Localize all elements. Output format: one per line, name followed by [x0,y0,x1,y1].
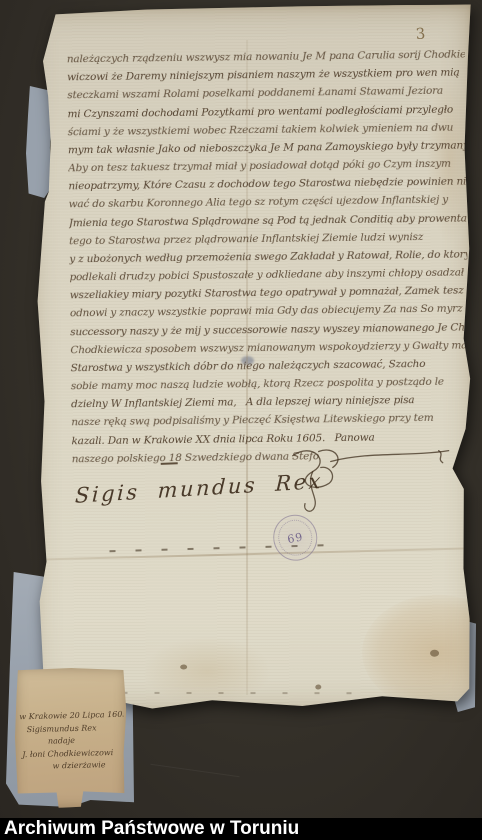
archivist-note-line: w dzierżawie [20,759,124,774]
archivist-note-text: w Krakowie 20 Lipca 1605Sigismundus Rexn… [19,709,124,774]
backdrop-scratch [150,764,239,778]
fold-crease-horizontal [41,547,465,560]
paper-stain [362,594,482,710]
manuscript-sheet: 3 należączych rządzeniu wszwysz mia nowa… [28,4,477,713]
paper-speck [430,650,439,657]
royal-signature: Sigis mundus Rex [75,469,324,508]
page-number: 3 [415,24,426,43]
archive-stamp: 69 [269,511,321,564]
manuscript-text: należączych rządzeniu wszwysz mia nowani… [67,45,470,468]
torn-edge-marks [122,692,372,694]
archive-caption: Archiwum Państwowe w Toruniu [0,818,299,840]
paper-speck [315,685,321,690]
manuscript-line: naszego polskiego 18 Szwedzkiego dwana S… [72,445,470,468]
paper-speck [180,664,187,669]
archivist-note-line: w Krakowie 20 Lipca 1605 [19,709,123,724]
stamp-number: 69 [286,530,304,546]
manuscript-sheet-wrap: 3 należączych rządzeniu wszwysz mia nowa… [0,0,444,706]
paper-stain [142,636,272,707]
archive-photo: 3 należączych rządzeniu wszwysz mia nowa… [0,0,482,840]
caption-bar: Archiwum Państwowe w Toruniu [0,818,482,840]
archivist-note-slip: w Krakowie 20 Lipca 1605Sigismundus Rexn… [14,667,126,808]
